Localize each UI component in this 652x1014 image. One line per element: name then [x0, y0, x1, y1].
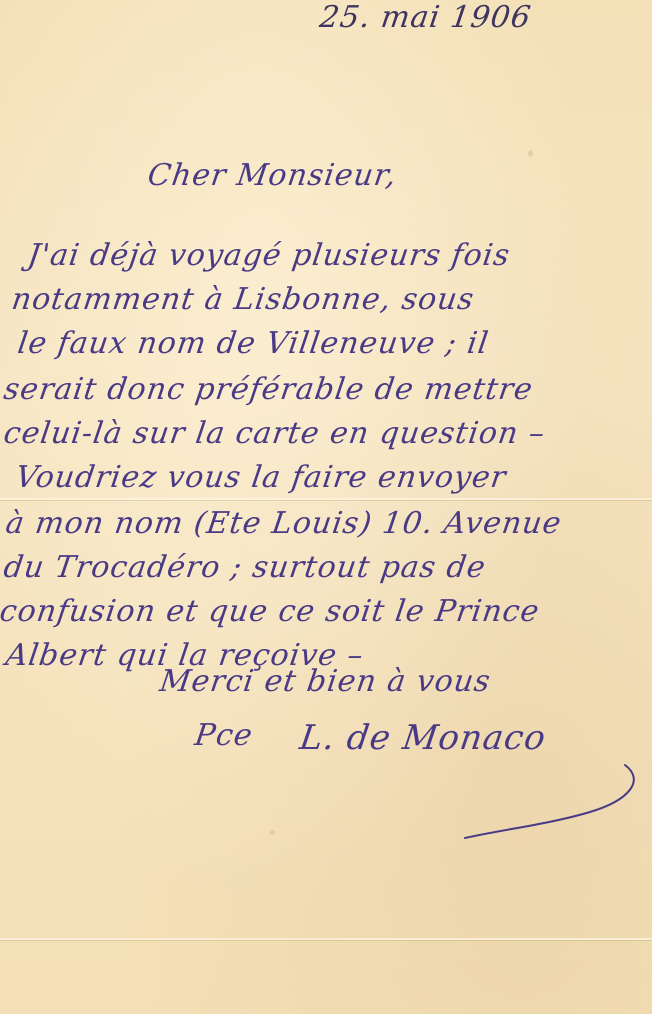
letter-body-line: notamment à Lisbonne, sous — [10, 282, 477, 317]
signature-prefix: Pce — [193, 718, 256, 753]
letter-date: 25. mai 1906 — [318, 0, 534, 35]
letter-body-line: Voudriez vous la faire envoyer — [14, 460, 509, 495]
letter-body-line: le faux nom de Villeneuve ; il — [16, 326, 492, 361]
letter-body-line: du Trocadéro ; surtout pas de — [2, 550, 489, 585]
signature-flourish-icon — [460, 760, 650, 840]
letter-body-line: serait donc préférable de mettre — [2, 372, 536, 407]
paper-fold — [0, 938, 652, 940]
paper-stain — [528, 150, 533, 157]
letter-salutation: Cher Monsieur, — [146, 158, 400, 193]
paper-fold — [0, 498, 652, 500]
letter-page: 25. mai 1906 Cher Monsieur, J'ai déjà vo… — [0, 0, 652, 1014]
letter-body-line: à mon nom (Ete Louis) 10. Avenue — [4, 506, 564, 541]
letter-body-line: confusion et que ce soit le Prince — [0, 594, 542, 629]
signature-name: L. de Monaco — [297, 718, 548, 758]
letter-body-line: celui-là sur la carte en question – — [2, 416, 548, 451]
letter-body-line: J'ai déjà voyagé plusieurs fois — [26, 238, 513, 273]
letter-closing: Merci et bien à vous — [158, 664, 494, 699]
paper-stain — [270, 830, 275, 835]
